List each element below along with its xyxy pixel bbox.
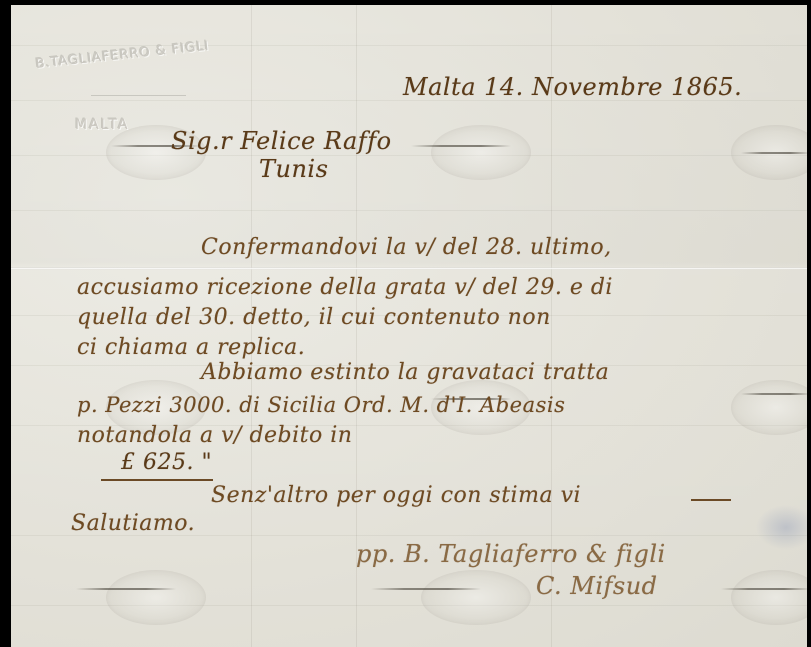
body-line-5: Abbiamo estinto la gravataci tratta — [201, 360, 609, 385]
letter-paper: B.TAGLIAFERRO & FIGLI MALTA Malta 14. No… — [11, 5, 807, 647]
emboss-impression — [731, 380, 807, 435]
amount-underline — [101, 479, 213, 481]
ink-stain — [756, 505, 807, 550]
letterhead-rule — [91, 95, 186, 96]
closing-line-2: Salutiamo. — [71, 511, 195, 536]
paper-ruling — [11, 210, 807, 211]
body-line-7: notandola a v/ debito in — [77, 423, 352, 448]
emboss-impression — [106, 570, 206, 625]
body-line-6: p. Pezzi 3000. di Sicilia Ord. M. d'I. A… — [77, 393, 565, 417]
paper-crease — [76, 588, 176, 590]
amount: £ 625. " — [121, 450, 212, 475]
paper-crease — [371, 588, 481, 590]
scan-frame: B.TAGLIAFERRO & FIGLI MALTA Malta 14. No… — [0, 0, 811, 647]
recipient-name: Sig.r Felice Raffo — [171, 127, 392, 155]
paper-ruling — [11, 45, 807, 46]
body-line-2: accusiamo ricezione della grata v/ del 2… — [77, 275, 613, 300]
emboss-impression — [431, 125, 531, 180]
signature-name: C. Mifsud — [536, 572, 658, 600]
paper-fold-horizontal — [11, 267, 807, 270]
body-line-1: Confermandovi la v/ del 28. ultimo, — [201, 235, 612, 260]
emboss-impression — [731, 570, 807, 625]
paper-crease — [721, 588, 807, 590]
signature-firm: pp. B. Tagliaferro & figli — [356, 540, 666, 568]
body-line-3: quella del 30. detto, il cui contenuto n… — [77, 305, 551, 330]
emboss-impression — [421, 570, 531, 625]
closing-line-1: Senz'altro per oggi con stima vi — [211, 483, 581, 508]
letterhead-company: B.TAGLIAFERRO & FIGLI — [35, 39, 210, 72]
closing-flourish — [691, 499, 731, 501]
paper-crease — [411, 145, 511, 147]
body-line-4: ci chiama a replica. — [77, 335, 305, 360]
letterhead-city: MALTA — [75, 117, 130, 133]
paper-crease — [741, 152, 807, 154]
dateline: Malta 14. Novembre 1865. — [403, 73, 742, 101]
recipient-city: Tunis — [259, 155, 328, 183]
paper-crease — [741, 393, 807, 395]
